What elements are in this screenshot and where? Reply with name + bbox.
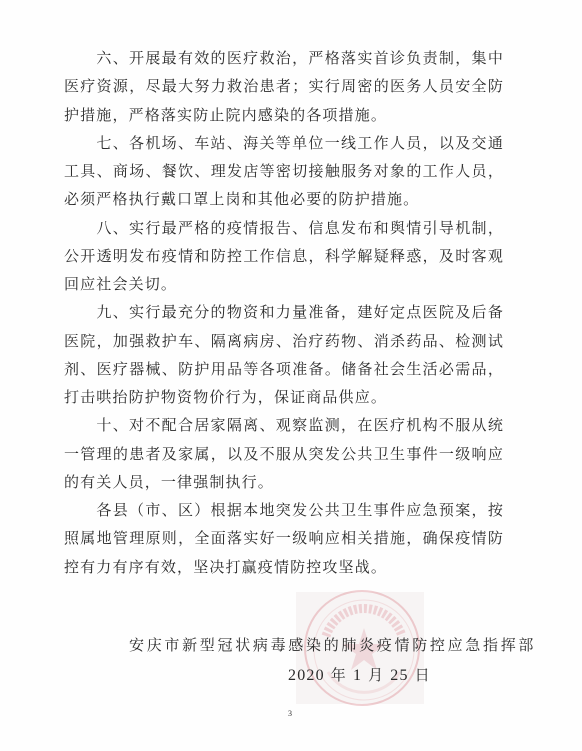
document-body: 六、开展最有效的医疗救治，严格落实首诊负责制，集中医疗资源，尽最大努力救治患者；…	[64, 44, 504, 581]
paragraph-closing: 各县（市、区）根据本地突发公共卫生事件应急预案，按照属地管理原则，全面落实好一级…	[64, 496, 504, 581]
page-number: 3	[288, 709, 292, 718]
date-day-unit: 日	[415, 666, 431, 684]
issue-date: 2020 年 1 月 25 日	[288, 664, 431, 687]
date-day: 25	[390, 667, 408, 684]
paragraph-item-6: 六、开展最有效的医疗救治，严格落实首诊负责制，集中医疗资源，尽最大努力救治患者；…	[64, 44, 504, 129]
paragraph-item-8: 八、实行最严格的疫情报告、信息发布和舆情引导机制，公开透明发布疫情和防控工作信息…	[64, 214, 504, 299]
issuer-signature: 安庆市新型冠状病毒感染的肺炎疫情防控应急指挥部	[129, 634, 536, 656]
document-page: 六、开展最有效的医疗救治，严格落实首诊负责制，集中医疗资源，尽最大努力救治患者；…	[0, 0, 582, 751]
date-year: 2020	[288, 667, 325, 684]
paragraph-item-7: 七、各机场、车站、海关等单位一线工作人员，以及交通工具、商场、餐饮、理发店等密切…	[64, 129, 504, 214]
paragraph-item-10: 十、对不配合居家隔离、观察监测，在医疗机构不服从统一管理的患者及家属，以及不服从…	[64, 411, 504, 496]
date-year-unit: 年	[331, 666, 347, 684]
date-month: 1	[353, 667, 362, 684]
date-month-unit: 月	[368, 666, 384, 684]
paragraph-item-9: 九、实行最充分的物资和力量准备，建好定点医院及后备医院，加强救护车、隔离病房、治…	[64, 298, 504, 411]
